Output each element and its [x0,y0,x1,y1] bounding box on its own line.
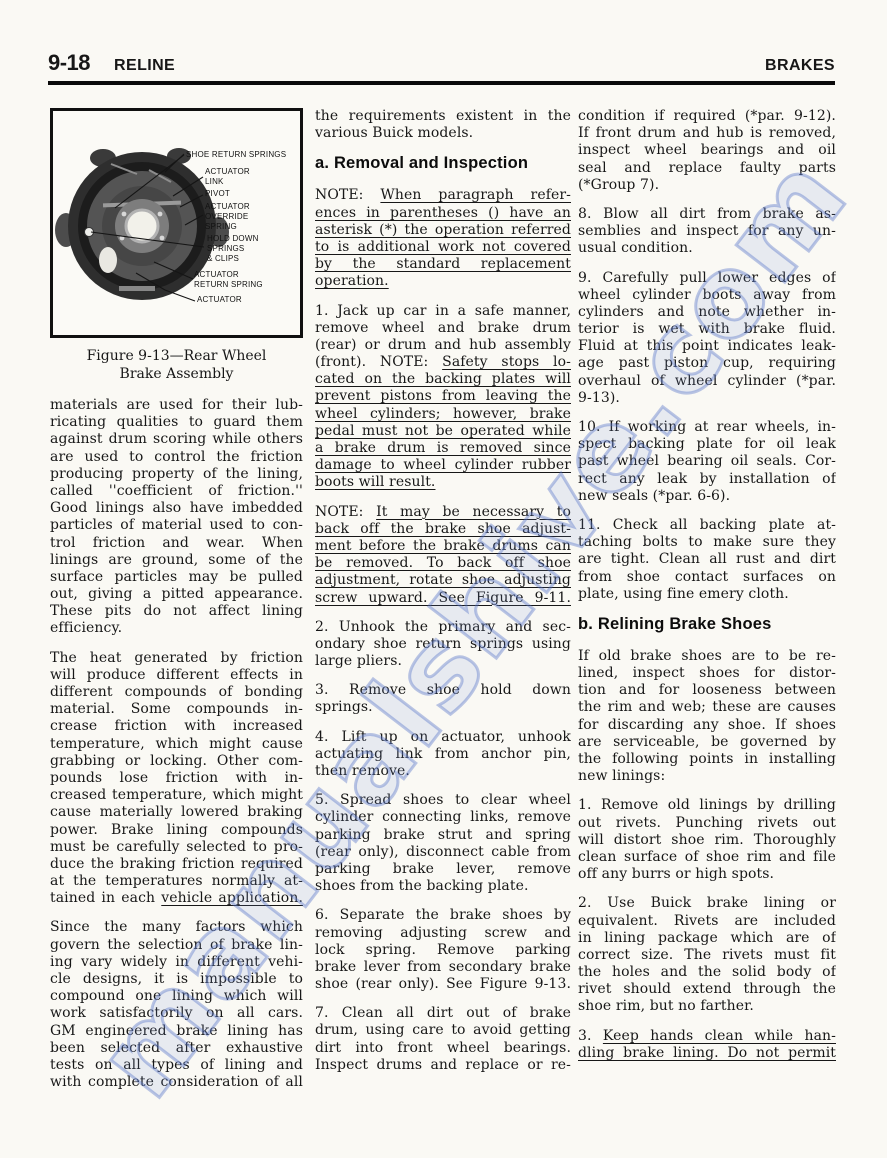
text-line: (rear) or drum and hub assembly [315,337,571,354]
text-line: Good linings also have imbedded [50,500,303,517]
figure-9-13: SHOE RETURN SPRINGS ACTUATOR LINK PIVOT … [50,108,303,338]
paragraph: 9. Carefully pull lower edges ofwheel cy… [578,270,836,408]
text-segment: the following points in installing [578,751,836,767]
text-segment: drum, using care to avoid getting [315,1022,571,1038]
text-line: cylinders and note whether in- [578,304,836,321]
text-line: seal and replace faulty parts [578,160,836,177]
text-segment: removing adjusting screw and [315,925,571,941]
text-line: clean surface of shoe rim and file [578,849,836,866]
text-line: wheel cylinders; however, brake [315,406,571,423]
text-line: shoes from the backing plate. [315,878,571,895]
text-line: boots will result. [315,474,571,491]
text-segment: overhaul of wheel cylinder (*par. [578,373,836,389]
text-segment: remove wheel and brake drum [315,320,571,336]
text-segment: different compounds of bonding [50,684,303,700]
text-segment: be removed. To back off shoe [315,555,571,571]
text-line: cause materially lowered braking [50,804,303,821]
text-line: (*Group 7). [578,177,836,194]
text-segment: off any burrs or high spots. [578,866,774,882]
text-segment: correct size. The rivets must fit [578,947,836,963]
text-line: dling brake lining. Do not permit [578,1045,836,1062]
text-segment: 5. Spread shoes to clear wheel [315,792,571,808]
text-line: be removed. To back off shoe [315,555,571,572]
text-line: wheel cylinder boots away from [578,287,836,304]
paragraph: 10. If working at rear wheels, in-spect … [578,419,836,505]
text-line: rect any leak by installation of [578,471,836,488]
text-segment: If front drum and hub is removed, [578,125,836,141]
text-line: against drum scoring while others [50,431,303,448]
text-line: shoe (rear only). See Figure 9-13. [315,976,571,993]
text-line: ment before the brake drums can [315,538,571,555]
text-line: taching bolts to make sure they [578,534,836,551]
text-line: springs. [315,699,571,716]
text-line: parking brake strut and spring [315,827,571,844]
text-segment: called ''coefficient of friction.'' [50,483,303,499]
text-line: called ''coefficient of friction.'' [50,483,303,500]
text-segment: 7. Clean all dirt out of brake [315,1005,571,1021]
text-segment: Keep hands clean while han- [603,1028,836,1044]
paragraph: materials are used for their lub-ricatin… [50,397,303,638]
section-title: RELINE [114,57,175,75]
text-line: semblies and inspect for any un- [578,223,836,240]
text-line: crease friction with increased [50,718,303,735]
text-line: with complete consideration of all [50,1074,303,1091]
text-segment: 2. Unhook the primary and sec- [315,619,571,635]
text-line: cated on the backing plates will [315,371,571,388]
text-segment: will produce different effects in [50,667,303,683]
text-line: usual condition. [578,240,836,257]
text-line: rivet should extend through the [578,981,836,998]
text-segment: clean surface of shoe rim and file [578,849,836,865]
text-segment: condition if required (*par. 9-12). [578,108,836,124]
label-override-spring-2: OVERRIDE [205,212,248,221]
text-line: dirt into front wheel bearings. [315,1040,571,1057]
text-line: for discarding any shoe. If shoes [578,717,836,734]
brake-assembly-illustration: SHOE RETURN SPRINGS ACTUATOR LINK PIVOT … [53,111,300,335]
text-segment: (rear only), disconnect cable from [315,844,571,860]
text-segment: the requirements existent in the [315,108,571,124]
text-segment: then remove. [315,763,410,779]
text-line: adjustment, rotate shoe adjusting [315,572,571,589]
text-segment: shoes from the backing plate. [315,878,529,894]
paragraph: 1. Remove old linings by drillingout riv… [578,797,836,883]
text-line: (front). NOTE: Safety stops lo- [315,354,571,371]
paragraph: the requirements existent in thevarious … [315,108,571,142]
text-line: (rear only), disconnect cable from [315,844,571,861]
text-segment: ondary shoe return springs using [315,636,571,652]
text-segment: terior is wet with brake fluid. [578,321,836,337]
text-segment: inspect wheel bearings and oil [578,142,836,158]
text-segment: Fluid at this point indicates leak- [578,338,836,354]
middle-column: the requirements existent in thevarious … [315,108,571,1086]
text-segment: boots will result. [315,474,435,490]
text-segment: producing property of the lining, [50,466,303,482]
text-line: must be carefully selected to pro- [50,839,303,856]
text-segment: various Buick models. [315,125,473,141]
text-segment: duce the braking friction required [50,856,303,872]
text-segment: screw upward. See Figure 9-11. [315,590,571,606]
text-segment: materials are used for their lub- [50,397,303,413]
text-segment: adjustment, rotate shoe adjusting [315,572,571,588]
text-segment: vehicle application. [161,890,303,906]
figure-caption-line1: Figure 9-13—Rear Wheel [50,347,303,365]
text-line: the requirements existent in the [315,108,571,125]
text-line: pedal must not be operated while [315,423,571,440]
text-line: Fluid at this point indicates leak- [578,338,836,355]
text-line: 11. Check all backing plate at- [578,517,836,534]
text-line: linings are ground, some of the [50,552,303,569]
text-line: remove wheel and brake drum [315,320,571,337]
paragraph: NOTE: When paragraph refer-ences in pare… [315,187,571,290]
label-override-spring-3: SPRING [205,222,237,231]
text-line: 10. If working at rear wheels, in- [578,419,836,436]
text-line: at the temperatures normally at- [50,873,303,890]
text-line: a brake drum is removed since [315,440,571,457]
text-segment: compound one lining which will [50,988,303,1004]
text-segment: These pits do not affect lining [50,603,303,619]
manual-page: 9-18 RELINE BRAKES [0,0,887,1158]
text-segment: tion and for looseness between [578,682,836,698]
label-hold-down-3: & CLIPS [207,254,239,263]
text-line: damage to wheel cylinder rubber [315,457,571,474]
text-line: the holes and the solid body of [578,964,836,981]
text-line: 3. Remove shoe hold down [315,682,571,699]
text-segment: 3. Remove shoe hold down [315,682,571,698]
text-line: If front drum and hub is removed, [578,125,836,142]
text-line: The heat generated by friction [50,650,303,667]
text-line: back off the brake shoe adjust- [315,521,571,538]
text-line: been selected after exhaustive [50,1040,303,1057]
text-line: NOTE: It may be necessary to [315,504,571,521]
text-line: surface particles may be pulled [50,569,303,586]
paragraph: 8. Blow all dirt from brake as-semblies … [578,206,836,258]
text-segment: the rim and web; these are causes [578,699,836,715]
text-segment: Since the many factors which [50,919,303,935]
text-line: GM engineered brake lining has [50,1023,303,1040]
text-line: in lining package which are of [578,930,836,947]
text-line: If old brake shoes are to be re- [578,648,836,665]
paragraph: 4. Lift up on actuator, unhookactuating … [315,729,571,781]
text-segment: lock spring. Remove parking [315,942,571,958]
text-segment: will distort shoe rim. Thoroughly [578,832,836,848]
text-line: trol friction and wear. When [50,535,303,552]
text-segment: wheel cylinders; however, brake [315,406,571,422]
text-line: tion and for looseness between [578,682,836,699]
figure-caption: Figure 9-13—Rear Wheel Brake Assembly [50,347,303,383]
text-line: correct size. The rivets must fit [578,947,836,964]
text-segment: rect any leak by installation of [578,471,836,487]
text-line: are used to control the friction [50,449,303,466]
text-segment: 10. If working at rear wheels, in- [578,419,836,435]
text-segment: are tight. Clean all rust and dirt [578,551,836,567]
text-segment: usual condition. [578,240,693,256]
text-line: age past piston cup, requiring [578,355,836,372]
text-segment: ences in parentheses () have an [315,205,571,221]
text-segment: 9-13). [578,390,620,406]
text-segment: 1. Jack up car in a safe manner, [315,303,571,319]
text-segment: operation. [315,273,389,289]
text-line: duce the braking friction required [50,856,303,873]
text-line: power. Brake lining compounds [50,822,303,839]
text-line: are serviceable, be governed by [578,734,836,751]
text-segment: equivalent. Rivets are included [578,913,836,929]
text-line: actuating link from anchor pin, [315,746,571,763]
text-segment: GM engineered brake lining has [50,1023,303,1039]
text-segment: It may be necessary to [376,504,571,520]
paragraph: 2. Unhook the primary and sec-ondary sho… [315,619,571,671]
text-line: by the standard replacement [315,256,571,273]
text-segment: the holes and the solid body of [578,964,836,980]
right-column: condition if required (*par. 9-12).If fr… [578,108,836,1074]
text-line: drum, using care to avoid getting [315,1022,571,1039]
text-segment: 11. Check all backing plate at- [578,517,836,533]
label-actuator-link-2: LINK [205,177,224,186]
label-hold-down-2: SPRINGS [207,244,244,253]
text-segment: at the temperatures normally at- [50,873,303,889]
text-line: 9. Carefully pull lower edges of [578,270,836,287]
text-segment: particles of material used to con- [50,517,303,533]
text-segment: for discarding any shoe. If shoes [578,717,836,733]
text-segment: 8. Blow all dirt from brake as- [578,206,836,222]
text-segment: efficiency. [50,620,122,636]
text-line: ences in parentheses () have an [315,205,571,222]
text-segment: wheel cylinder boots away from [578,287,836,303]
text-segment: Inspect drums and replace or re- [315,1057,571,1073]
text-segment: govern the selection of brake lin- [50,937,303,953]
text-line: efficiency. [50,620,303,637]
text-line: then remove. [315,763,571,780]
paragraph: 1. Jack up car in a safe manner,remove w… [315,303,571,492]
text-line: temperature, which might cause [50,736,303,753]
text-segment: are serviceable, be governed by [578,734,836,750]
chapter-title: BRAKES [765,57,835,75]
text-segment: spect backing plate for oil leak [578,436,836,452]
text-segment: rivet should extend through the [578,981,836,997]
text-line: terior is wet with brake fluid. [578,321,836,338]
text-line: plate, using fine emery cloth. [578,586,836,603]
text-segment: ricating qualities to guard them [50,414,303,430]
text-line: tests on all types of lining and [50,1057,303,1074]
text-line: large pliers. [315,653,571,670]
text-line: equivalent. Rivets are included [578,913,836,930]
text-segment: large pliers. [315,653,402,669]
left-column: SHOE RETURN SPRINGS ACTUATOR LINK PIVOT … [50,108,303,1103]
text-segment: dirt into front wheel bearings. [315,1040,571,1056]
paragraph: 2. Use Buick brake lining orequivalent. … [578,895,836,1015]
text-line: Inspect drums and replace or re- [315,1057,571,1074]
text-segment: are used to control the friction [50,449,303,465]
paragraph: 11. Check all backing plate at-taching b… [578,517,836,603]
text-segment: from shoe contact surfaces on [578,569,836,585]
text-line: cle designs, it is impossible to [50,971,303,988]
paragraph: 5. Spread shoes to clear wheelcylinder c… [315,792,571,895]
label-actuator-link-1: ACTUATOR [205,167,250,176]
text-line: the rim and web; these are causes [578,699,836,716]
text-segment: pedal must not be operated while [315,423,571,439]
paragraph: The heat generated by frictionwill produ… [50,650,303,908]
text-line: compound one lining which will [50,988,303,1005]
text-line: out rivets. Punching rivets out [578,815,836,832]
text-line: removing adjusting screw and [315,925,571,942]
text-segment: The heat generated by friction [50,650,303,666]
label-return-spring-2: RETURN SPRING [194,280,263,289]
text-line: ing vary widely in different vehi- [50,954,303,971]
text-segment: cylinders and note whether in- [578,304,836,320]
text-segment: brake lever from secondary brake [315,959,571,975]
text-segment: cle designs, it is impossible to [50,971,303,987]
text-line: work satisfactorily on all cars. [50,1005,303,1022]
text-line: 2. Unhook the primary and sec- [315,619,571,636]
text-segment: taching bolts to make sure they [578,534,836,550]
text-line: operation. [315,273,571,290]
text-segment: back off the brake shoe adjust- [315,521,571,537]
text-segment: temperature, which might cause [50,736,303,752]
text-line: grabbing or locking. Other com- [50,753,303,770]
text-segment: lined, inspect shoes for distor- [578,665,836,681]
paragraph: NOTE: It may be necessary toback off the… [315,504,571,607]
text-line: different compounds of bonding [50,684,303,701]
text-line: past wheel bearing oil seals. Cor- [578,453,836,470]
text-segment: shoe (rear only). See Figure 9-13. [315,976,571,992]
text-line: 1. Remove old linings by drilling [578,797,836,814]
text-line: 9-13). [578,390,836,407]
text-segment: NOTE: [315,187,380,203]
text-line: lock spring. Remove parking [315,942,571,959]
text-segment: material. Some compounds in- [50,701,303,717]
text-segment: asterisk (*) the operation referred [315,222,571,238]
figure-caption-line2: Brake Assembly [50,365,303,383]
text-line: material. Some compounds in- [50,701,303,718]
text-segment: tained in each [50,890,161,906]
text-segment: 6. Separate the brake shoes by [315,907,571,923]
text-segment: a brake drum is removed since [315,440,571,456]
text-segment: 1. Remove old linings by drilling [578,797,836,813]
text-line: 3. Keep hands clean while han- [578,1028,836,1045]
text-segment: semblies and inspect for any un- [578,223,836,239]
text-segment: power. Brake lining compounds [50,822,303,838]
text-line: will distort shoe rim. Thoroughly [578,832,836,849]
text-line: 6. Separate the brake shoes by [315,907,571,924]
text-line: various Buick models. [315,125,571,142]
text-segment: 4. Lift up on actuator, unhook [315,729,571,745]
text-line: asterisk (*) the operation referred [315,222,571,239]
text-segment: If old brake shoes are to be re- [578,648,836,664]
text-segment: seal and replace faulty parts [578,160,836,176]
text-line: will produce different effects in [50,667,303,684]
paragraph: 6. Separate the brake shoes byremoving a… [315,907,571,993]
text-line: new linings: [578,768,836,785]
text-line: govern the selection of brake lin- [50,937,303,954]
text-line: 5. Spread shoes to clear wheel [315,792,571,809]
text-line: brake lever from secondary brake [315,959,571,976]
text-segment: been selected after exhaustive [50,1040,303,1056]
paragraph: Since the many factors whichgovern the s… [50,919,303,1091]
text-line: off any burrs or high spots. [578,866,836,883]
text-line: pounds lose friction with in- [50,770,303,787]
text-line: Since the many factors which [50,919,303,936]
text-segment: to is additional work not covered [315,239,571,255]
text-segment: must be carefully selected to pro- [50,839,303,855]
text-segment: by the standard replacement [315,256,571,272]
text-line: tained in each vehicle application. [50,890,303,907]
text-segment: prevent pistons from leaving the [315,388,571,404]
text-segment: Safety stops lo- [442,354,571,370]
text-segment: with complete consideration of all [50,1074,303,1090]
paragraph: 7. Clean all dirt out of brakedrum, usin… [315,1005,571,1074]
label-pivot: PIVOT [205,189,230,198]
text-line: out, giving a pitted appearance. [50,586,303,603]
text-segment: linings are ground, some of the [50,552,303,568]
text-segment: tests on all types of lining and [50,1057,303,1073]
text-segment: cated on the backing plates will [315,371,571,387]
label-actuator: ACTUATOR [197,295,242,304]
text-line: particles of material used to con- [50,517,303,534]
text-segment: grabbing or locking. Other com- [50,753,303,769]
text-segment: (rear) or drum and hub assembly [315,337,571,353]
text-line: parking brake lever, remove [315,861,571,878]
text-segment: (*Group 7). [578,177,659,193]
text-segment: shoe rim, but no farther. [578,998,754,1014]
text-line: the following points in installing [578,751,836,768]
text-segment: work satisfactorily on all cars. [50,1005,303,1021]
text-segment: new seals (*par. 6-6). [578,488,730,504]
text-line: are tight. Clean all rust and dirt [578,551,836,568]
text-line: new seals (*par. 6-6). [578,488,836,505]
text-segment: cylinder connecting links, remove [315,809,571,825]
text-segment: pounds lose friction with in- [50,770,303,786]
text-line: creased temperature, which might [50,787,303,804]
text-segment: actuating link from anchor pin, [315,746,571,762]
text-segment: trol friction and wear. When [50,535,303,551]
text-line: 2. Use Buick brake lining or [578,895,836,912]
text-line: ondary shoe return springs using [315,636,571,653]
text-line: lined, inspect shoes for distor- [578,665,836,682]
text-segment: 9. Carefully pull lower edges of [578,270,836,286]
text-line: spect backing plate for oil leak [578,436,836,453]
left-column-text: materials are used for their lub-ricatin… [50,397,303,1091]
text-line: cylinder connecting links, remove [315,809,571,826]
label-return-spring-1: ACTUATOR [194,270,239,279]
text-line: screw upward. See Figure 9-11. [315,590,571,607]
text-line: These pits do not affect lining [50,603,303,620]
text-segment: new linings: [578,768,665,784]
label-override-spring-1: ACTUATOR [205,202,250,211]
section-heading: b. Relining Brake Shoes [578,615,836,634]
text-segment: parking brake lever, remove [315,861,571,877]
text-segment: damage to wheel cylinder rubber [315,457,571,473]
text-segment: plate, using fine emery cloth. [578,586,789,602]
text-segment: cause materially lowered braking [50,804,303,820]
text-segment: (front). NOTE: [315,354,442,370]
text-segment: ing vary widely in different vehi- [50,954,303,970]
text-segment: age past piston cup, requiring [578,355,836,371]
text-segment: against drum scoring while others [50,431,303,447]
text-line: to is additional work not covered [315,239,571,256]
text-segment: surface particles may be pulled [50,569,303,585]
text-segment: springs. [315,699,373,715]
section-heading: a. Removal and Inspection [315,154,571,173]
text-line: 8. Blow all dirt from brake as- [578,206,836,223]
text-segment: past wheel bearing oil seals. Cor- [578,453,836,469]
text-segment: 2. Use Buick brake lining or [578,895,836,911]
text-segment: Good linings also have imbedded [50,500,303,516]
text-segment: in lining package which are of [578,930,836,946]
text-segment: NOTE: [315,504,376,520]
page-number: 9-18 [48,50,90,76]
text-segment: dling brake lining. Do not permit [578,1045,836,1061]
paragraph: condition if required (*par. 9-12).If fr… [578,108,836,194]
text-line: 7. Clean all dirt out of brake [315,1005,571,1022]
